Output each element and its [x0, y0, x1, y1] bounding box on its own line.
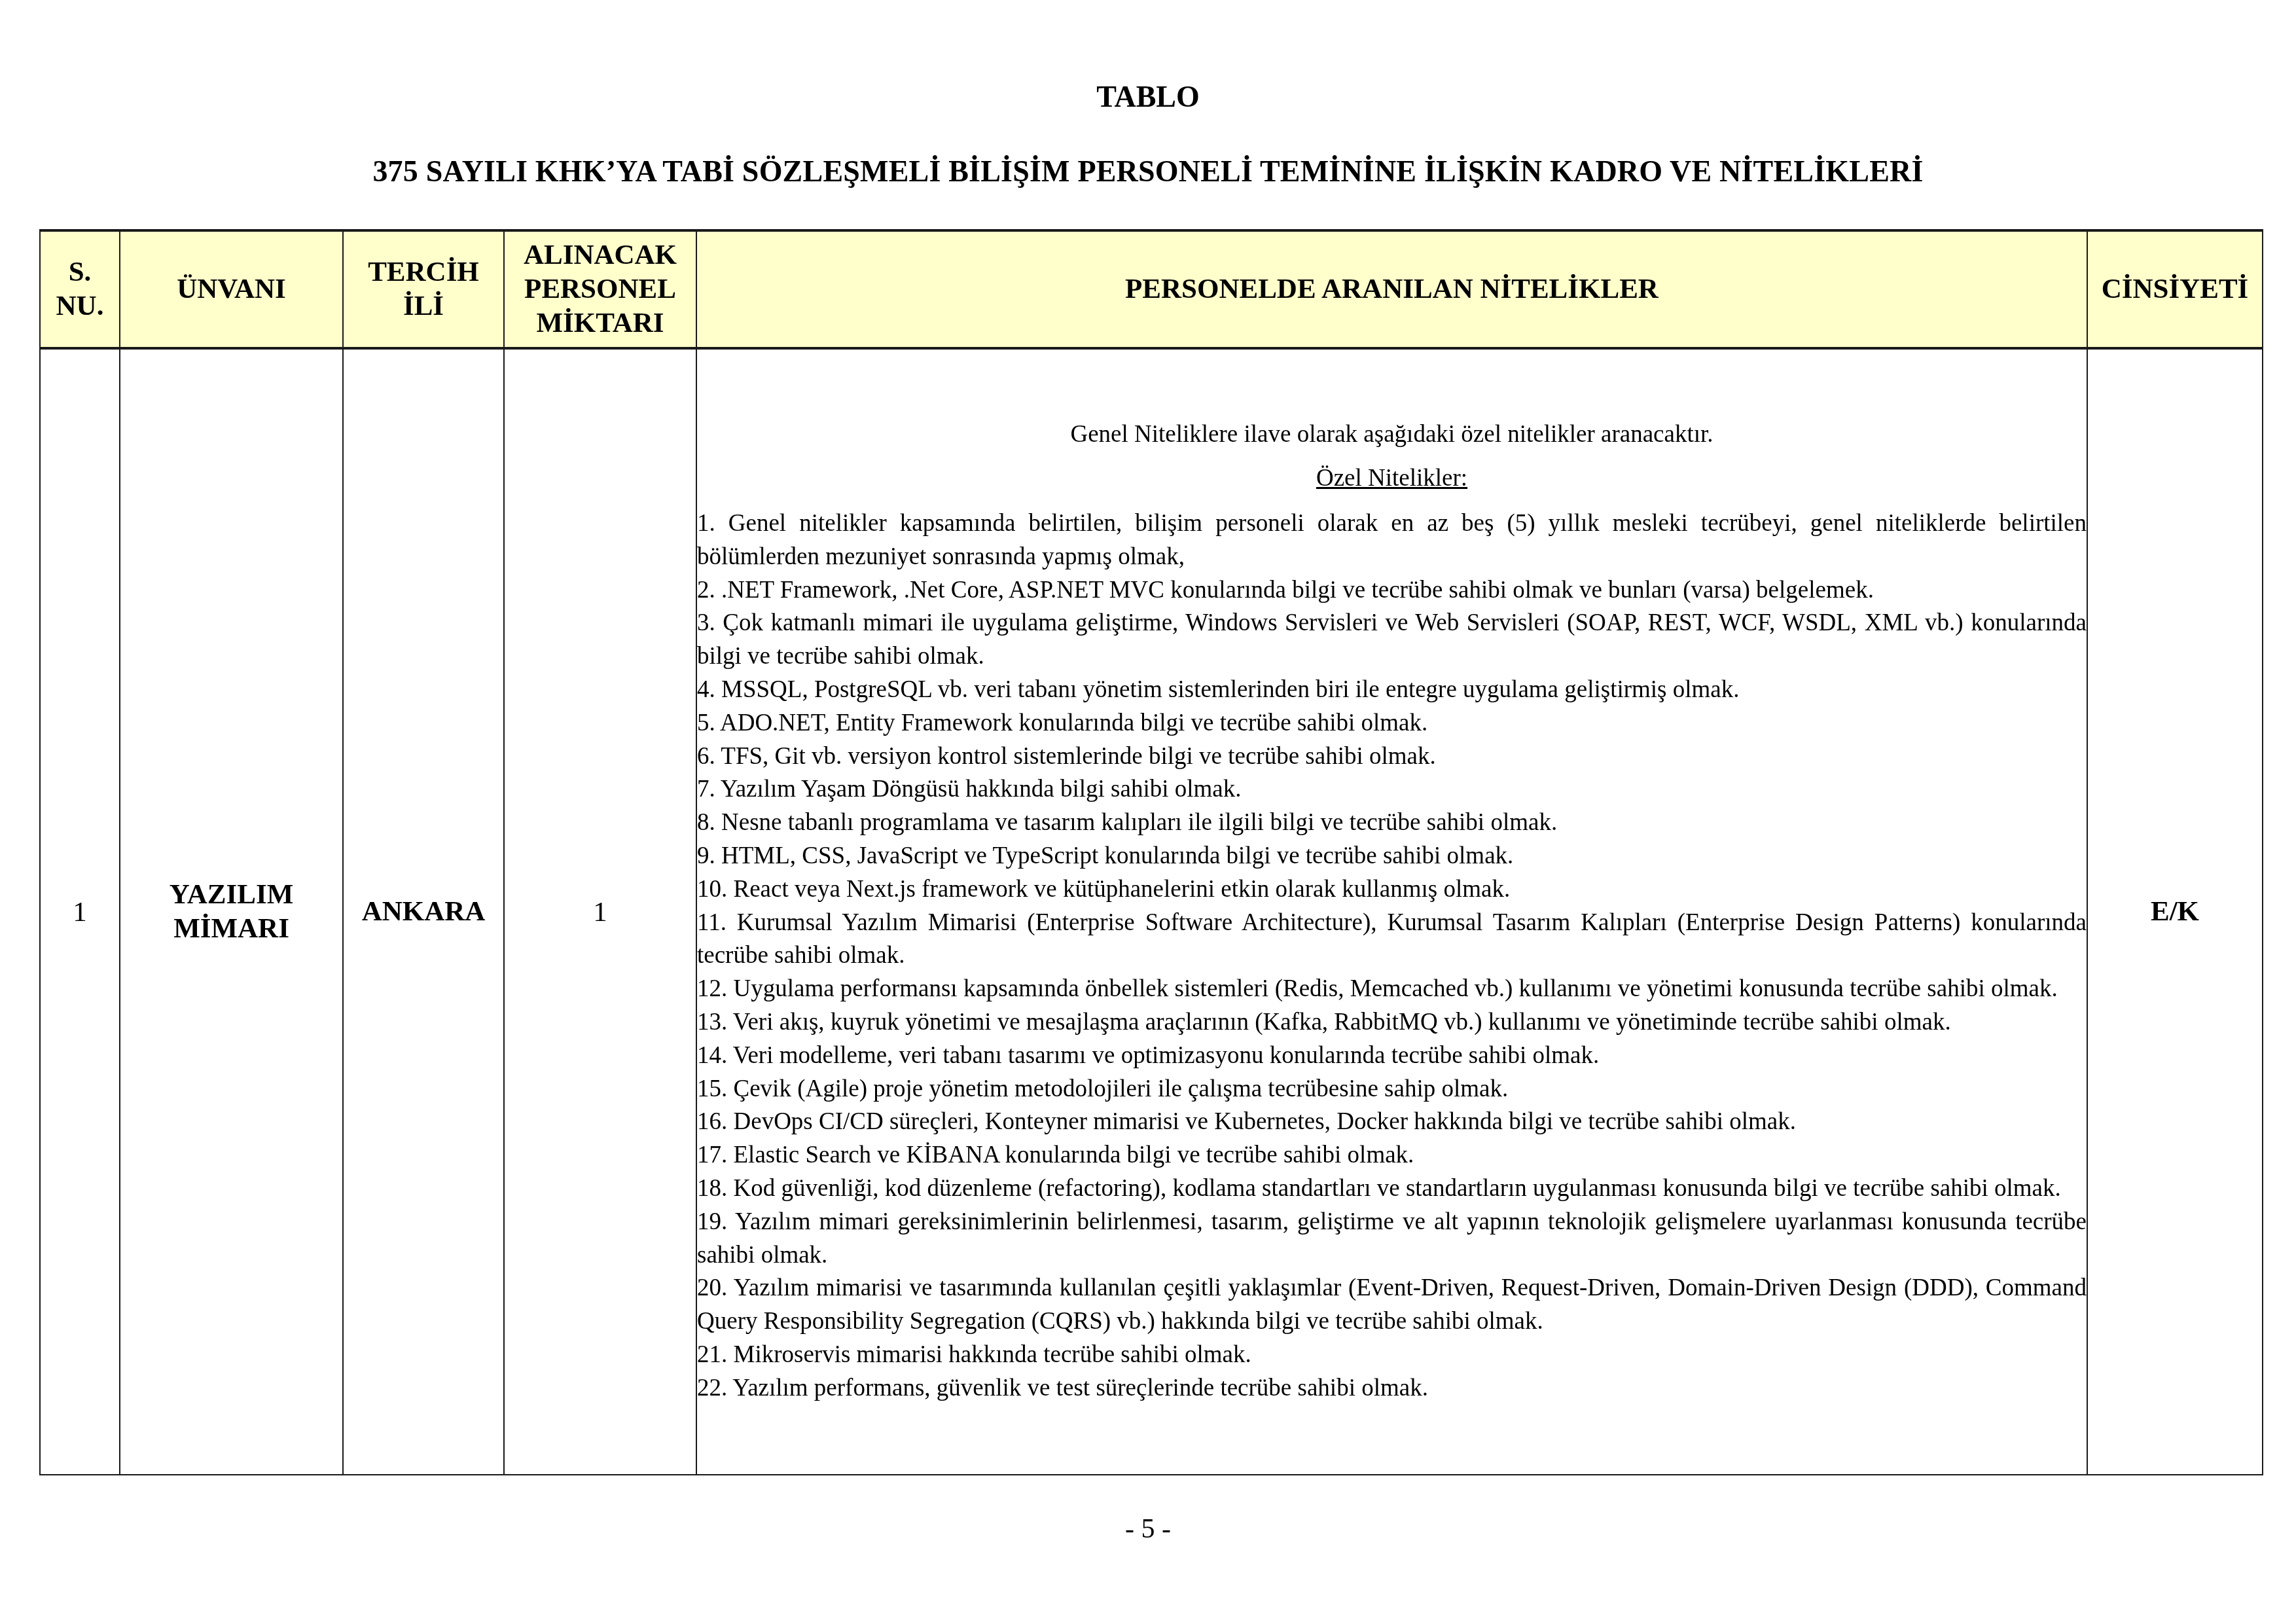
qualifications-list: 1. Genel nitelikler kapsamında belirtile…	[697, 507, 2087, 1405]
header-sira-no: S. NU.	[40, 230, 120, 348]
document-subtitle: 375 SAYILI KHK’YA TABİ SÖZLEŞMELİ BİLİŞİ…	[0, 152, 2296, 191]
qualification-item: 12. Uygulama performansı kapsamında önbe…	[697, 973, 2087, 1006]
header-tercih-ili: TERCİH İLİ	[343, 230, 504, 348]
cell-sira-no: 1	[40, 348, 120, 1475]
qualification-item: 16. DevOps CI/CD süreçleri, Konteyner mi…	[697, 1106, 2087, 1139]
cell-nitelikler: Genel Niteliklere ilave olarak aşağıdaki…	[696, 348, 2087, 1475]
qualification-item: 2. .NET Framework, .Net Core, ASP.NET MV…	[697, 574, 2087, 607]
qualification-item: 18. Kod güvenliği, kod düzenleme (refact…	[697, 1172, 2087, 1206]
qualification-item: 20. Yazılım mimarisi ve tasarımında kull…	[697, 1272, 2087, 1339]
qualification-item: 3. Çok katmanlı mimari ile uygulama geli…	[697, 607, 2087, 674]
header-cinsiyet: CİNSİYETİ	[2087, 230, 2263, 348]
qualification-item: 6. TFS, Git vb. versiyon kontrol sisteml…	[697, 740, 2087, 774]
qualification-item: 17. Elastic Search ve KİBANA konularında…	[697, 1139, 2087, 1172]
qualification-item: 1. Genel nitelikler kapsamında belirtile…	[697, 507, 2087, 574]
special-qualifications-heading: Özel Nitelikler:	[697, 462, 2087, 496]
header-alinacak-personel: ALINACAK PERSONEL MİKTARI	[504, 230, 696, 348]
cell-alinacak: 1	[504, 348, 696, 1475]
cell-unvan: YAZILIM MİMARI	[120, 348, 343, 1475]
table-row: 1 YAZILIM MİMARI ANKARA 1 Genel Nitelikl…	[40, 348, 2263, 1475]
page-number: - 5 -	[0, 1512, 2296, 1546]
table-header-row: S. NU. ÜNVANI TERCİH İLİ ALINACAK PERSON…	[40, 230, 2263, 348]
header-unvan: ÜNVANI	[120, 230, 343, 348]
qualification-item: 10. React veya Next.js framework ve kütü…	[697, 873, 2087, 907]
cell-tercih-ili: ANKARA	[343, 348, 504, 1475]
qualification-item: 9. HTML, CSS, JavaScript ve TypeScript k…	[697, 840, 2087, 873]
document-title: TABLO	[0, 77, 2296, 117]
qualification-item: 22. Yazılım performans, güvenlik ve test…	[697, 1372, 2087, 1405]
qualification-item: 14. Veri modelleme, veri tabanı tasarımı…	[697, 1039, 2087, 1073]
header-nitelikler: PERSONELDE ARANILAN NİTELİKLER	[696, 230, 2087, 348]
qualification-item: 11. Kurumsal Yazılım Mimarisi (Enterpris…	[697, 907, 2087, 973]
qualification-item: 19. Yazılım mimari gereksinimlerinin bel…	[697, 1206, 2087, 1272]
qualification-item: 4. MSSQL, PostgreSQL vb. veri tabanı yön…	[697, 674, 2087, 707]
qualification-item: 13. Veri akış, kuyruk yönetimi ve mesajl…	[697, 1006, 2087, 1039]
qualification-item: 15. Çevik (Agile) proje yönetim metodolo…	[697, 1073, 2087, 1106]
qualification-item: 5. ADO.NET, Entity Framework konularında…	[697, 707, 2087, 740]
qualification-item: 8. Nesne tabanlı programlama ve tasarım …	[697, 806, 2087, 840]
qualification-item: 7. Yazılım Yaşam Döngüsü hakkında bilgi …	[697, 773, 2087, 806]
qualifications-intro: Genel Niteliklere ilave olarak aşağıdaki…	[697, 418, 2087, 452]
cell-cinsiyet: E/K	[2087, 348, 2263, 1475]
qualification-item: 21. Mikroservis mimarisi hakkında tecrüb…	[697, 1339, 2087, 1372]
positions-table: S. NU. ÜNVANI TERCİH İLİ ALINACAK PERSON…	[39, 229, 2263, 1475]
